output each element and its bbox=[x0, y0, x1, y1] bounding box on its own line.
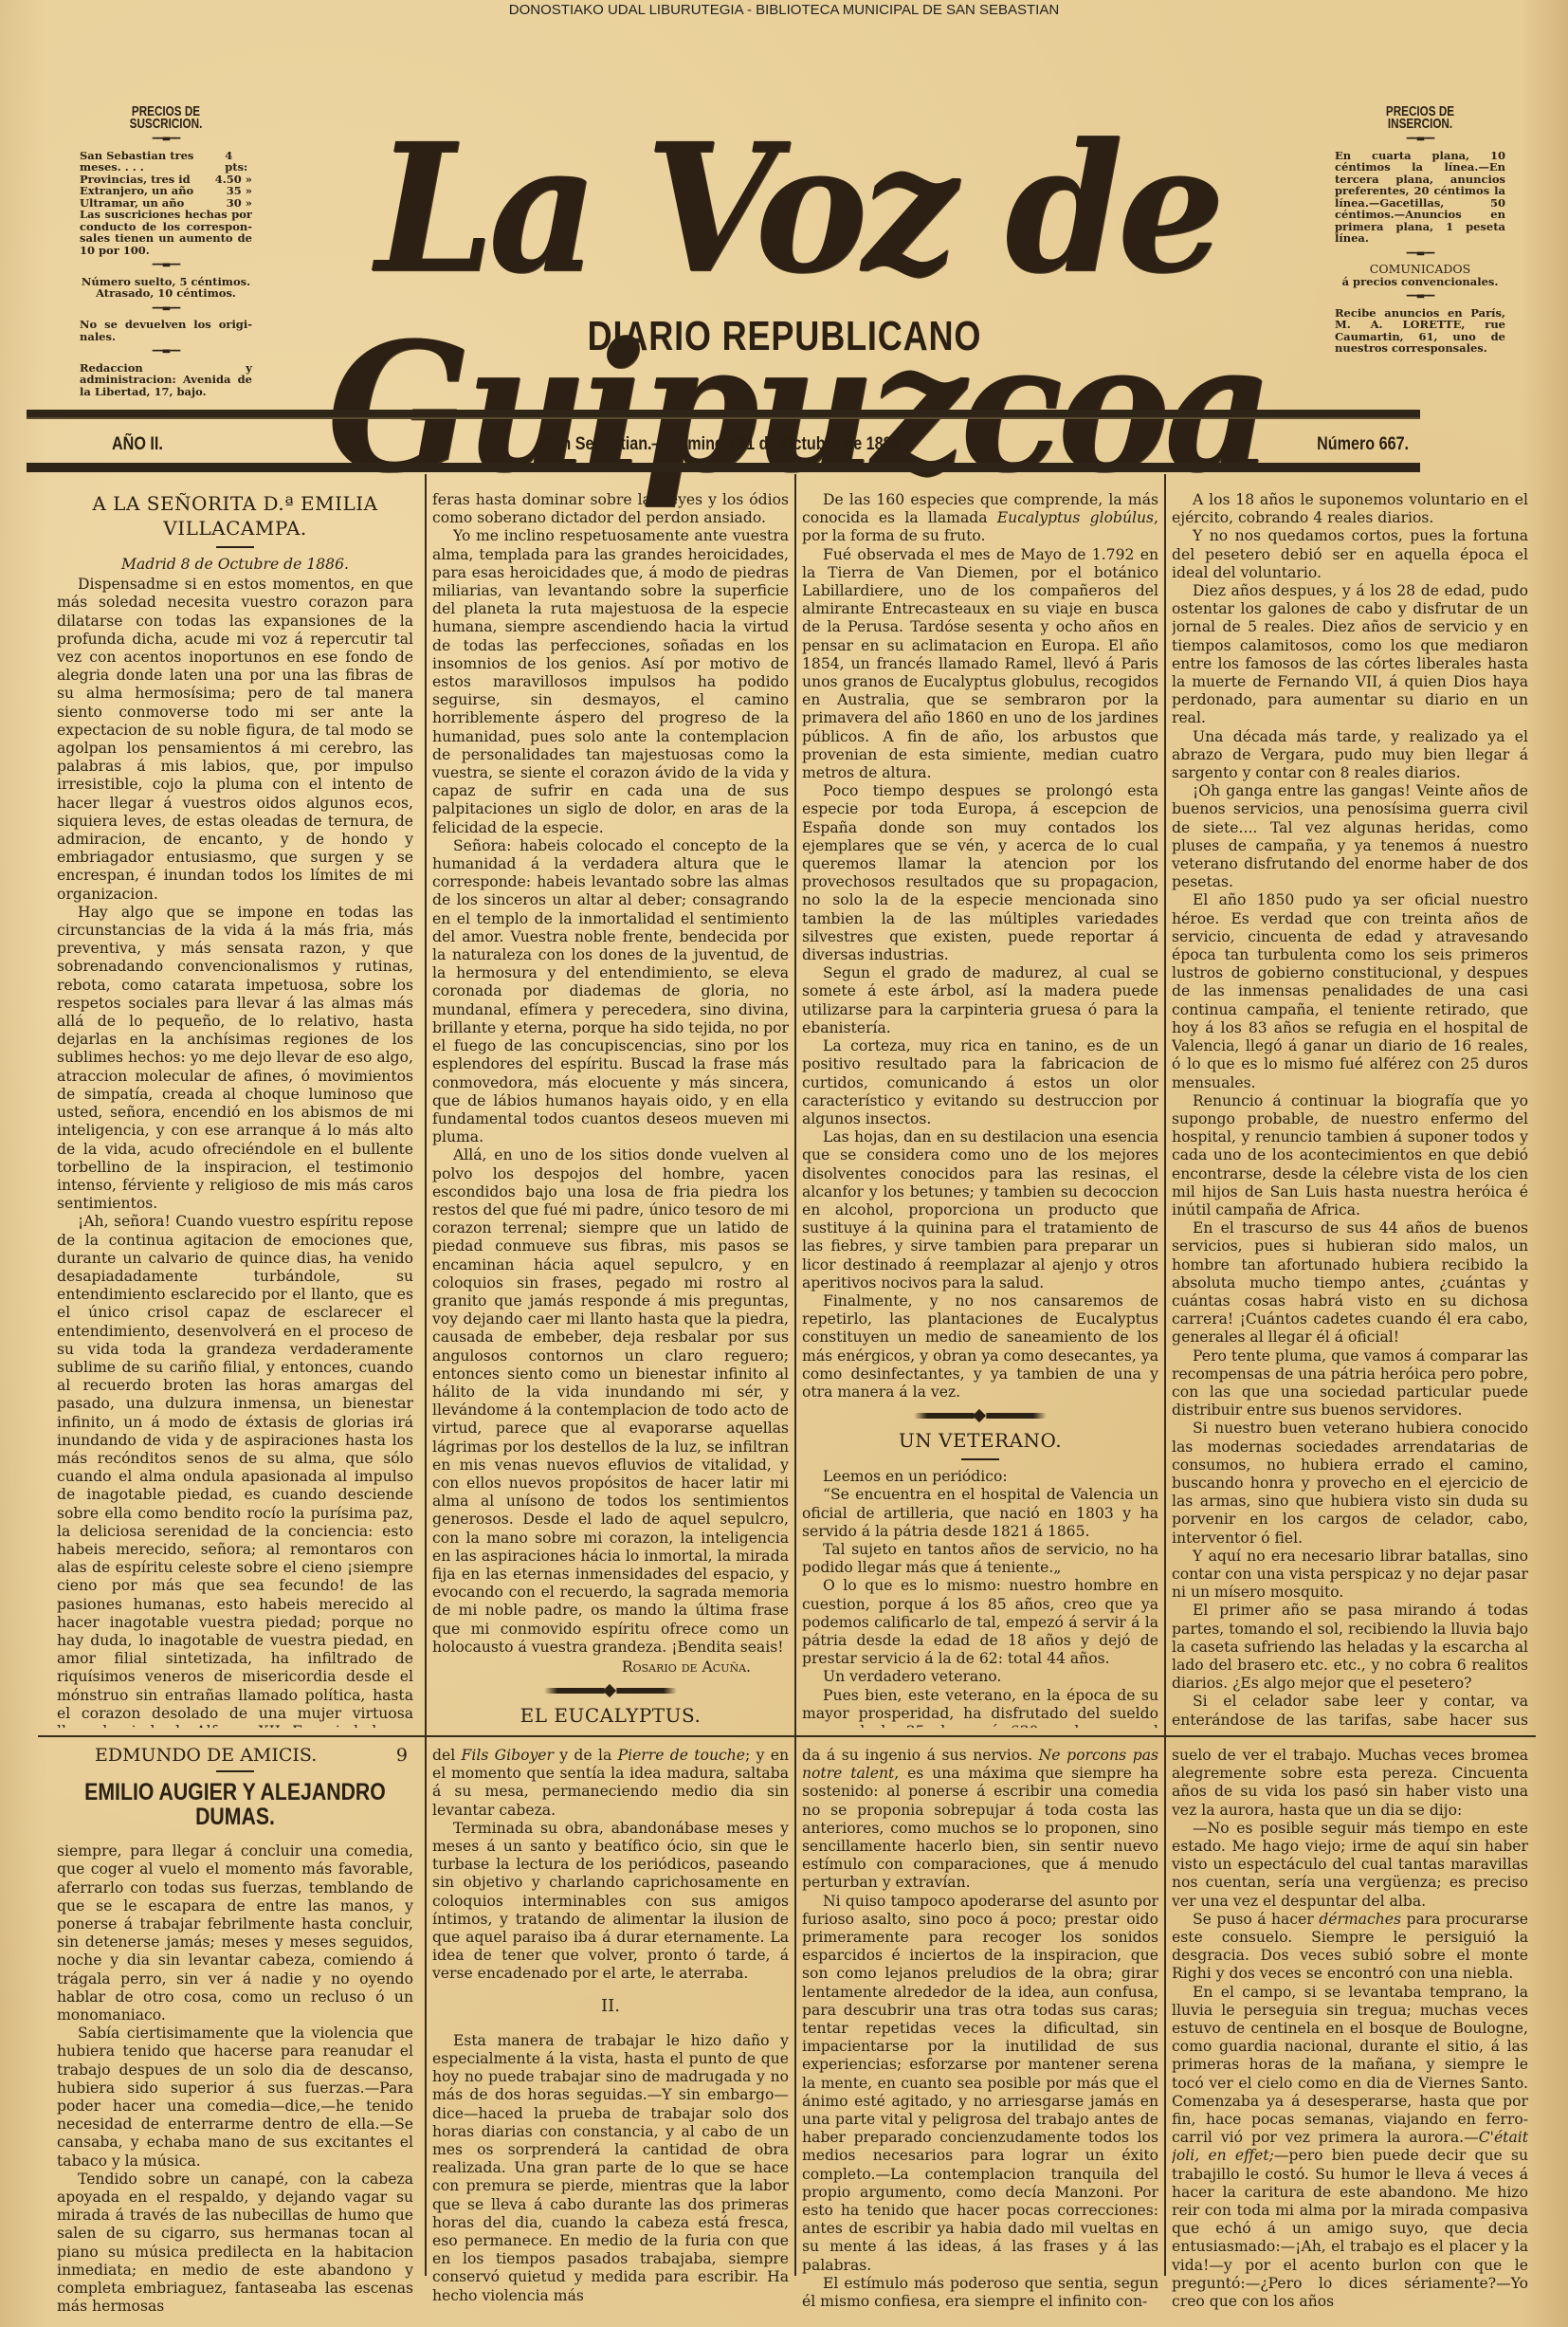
paragraph: De las 160 especies que comprende, la má… bbox=[802, 491, 1158, 546]
column-4: A los 18 años le suponemos voluntario en… bbox=[1172, 491, 1528, 1728]
paragraph: siempre, para llegar á concluir una come… bbox=[57, 1842, 413, 2025]
price-row: Extranjero, un año35 » bbox=[80, 185, 252, 197]
paragraph: —No es posible seguir más tiempo en este… bbox=[1172, 1820, 1528, 1911]
article-title-augier-dumas: EMILIO AUGIER Y ALEJANDRO DUMAS. bbox=[83, 1780, 387, 1829]
paragraph: Yo me inclino respetuosamente ante vuest… bbox=[432, 527, 789, 836]
ornament-divider: ━━▬━━ bbox=[1335, 248, 1505, 261]
paragraph: Las hojas, dan en su destilacion una ese… bbox=[802, 1128, 1158, 1292]
paragraph: El año 1850 pudo ya ser oficial nuestro … bbox=[1172, 891, 1528, 1091]
paragraph: ¡Oh ganga entre las gangas! Veinte años … bbox=[1172, 782, 1528, 891]
paragraph: Pues bien, este veterano, en la época de… bbox=[802, 1687, 1158, 1728]
paragraph: Leemos en un periódico: bbox=[802, 1468, 1158, 1486]
article-title-villacampa: A LA SEÑORITA D.ª EMILIA VILLACAMPA. bbox=[57, 491, 413, 541]
section-number: II. bbox=[432, 1997, 789, 2015]
paragraph: En el trascurso de sus 44 años de buenos… bbox=[1172, 1219, 1528, 1347]
article-signature: Rosario de Acuña. bbox=[432, 1658, 789, 1677]
paragraph: En el campo, si se levantaba temprano, l… bbox=[1172, 1984, 1528, 2312]
newspaper-subtitle: DIARIO REPUBLICANO bbox=[0, 313, 1568, 360]
masthead-rule bbox=[27, 410, 1420, 417]
article-place-date: Madrid 8 de Octubre de 1886. bbox=[57, 556, 413, 574]
ornament-divider: ━━▬━━ bbox=[80, 134, 252, 146]
issue-date: San Sebastian.—Domingo 31 de Octubre de … bbox=[542, 434, 903, 455]
paragraph: Si el celador sabe leer y contar, va ent… bbox=[1172, 1693, 1528, 1728]
paragraph: La corteza, muy rica en tanino, es de un… bbox=[802, 1037, 1158, 1128]
paragraph: Poco tiempo despues se prolongó esta esp… bbox=[802, 782, 1158, 964]
paragraph: del Fils Giboyer y de la Pierre de touch… bbox=[432, 1747, 789, 1820]
ornament-divider: ━━▬━━ bbox=[80, 260, 252, 272]
paragraph: feras hasta dominar sobre las leyes y lo… bbox=[432, 491, 789, 527]
comunicados-text: á precios convencionales. bbox=[1335, 276, 1505, 288]
article-title-veterano: UN VETERANO. bbox=[802, 1428, 1158, 1453]
office-address: Redaccion y administracion: Avenida de l… bbox=[80, 362, 252, 398]
paragraph: A los 18 años le suponemos voluntario en… bbox=[1172, 491, 1528, 527]
feuilleton-column-3: da á su ingenio á sus nervios. Ne porcon… bbox=[802, 1747, 1158, 2311]
article-title-eucalyptus: EL EUCALYPTUS. bbox=[432, 1703, 789, 1728]
paragraph: Y no nos quedamos cortos, pues la fortun… bbox=[1172, 527, 1528, 582]
ornament-divider: ━━▬━━ bbox=[1335, 291, 1505, 303]
paragraph: Tendido sobre un canapé, con la cabeza a… bbox=[57, 2171, 413, 2314]
ornament-divider bbox=[544, 1688, 677, 1694]
title-rule bbox=[216, 546, 254, 548]
feuilleton-column-4: suelo de ver el trabajo. Muchas veces br… bbox=[1172, 1747, 1528, 2311]
paragraph: Ni quiso tampoco apoderarse del asunto p… bbox=[802, 1893, 1158, 2275]
ornament-divider: ━━▬━━ bbox=[1335, 134, 1505, 146]
paragraph: Y aquí no era necesario librar batallas,… bbox=[1172, 1548, 1528, 1603]
title-rule bbox=[216, 1770, 254, 1772]
paragraph: ¡Ah, señora! Cuando vuestro espíritu rep… bbox=[57, 1213, 413, 1728]
library-stamp: DONOSTIAKO UDAL LIBURUTEGIA - BIBLIOTECA… bbox=[0, 2, 1568, 18]
author-name: EDMUNDO DE AMICIS. bbox=[95, 1747, 317, 1765]
subscription-heading: PRECIOS DE SUSCRICION. bbox=[99, 106, 233, 130]
insertion-rates: En cuarta plana, 10 céntimos la línea.—E… bbox=[1335, 150, 1505, 245]
paragraph: Un verdadero veterano. bbox=[802, 1668, 1158, 1686]
feuilleton-rule bbox=[38, 1735, 1536, 1737]
paragraph: Dispensadme si en estos momentos, en que… bbox=[57, 576, 413, 904]
back-issue-price: Atrasado, 10 céntimos. bbox=[80, 287, 252, 300]
paragraph: Señora: habeis colocado el concepto de l… bbox=[432, 837, 789, 1146]
paragraph: “Se encuentra en el hospital de Valencia… bbox=[802, 1486, 1158, 1541]
paragraph: Sabía ciertisimamente que la violencia q… bbox=[57, 2025, 413, 2171]
subscription-note: Las suscriciones hechas por conducto de … bbox=[80, 209, 252, 256]
feuilleton-header: EDMUNDO DE AMICIS.9 bbox=[57, 1747, 413, 1765]
column-1: A LA SEÑORITA D.ª EMILIA VILLACAMPA. Mad… bbox=[57, 491, 413, 1728]
feuilleton-column-1: EDMUNDO DE AMICIS.9 EMILIO AUGIER Y ALEJ… bbox=[57, 1747, 413, 2314]
ornament-divider bbox=[914, 1413, 1047, 1419]
title-rule bbox=[961, 1458, 999, 1460]
dateline-rule bbox=[27, 463, 1420, 472]
paragraph: Fué observada el mes de Mayo de 1.792 en… bbox=[802, 546, 1158, 783]
paragraph: Allá, en uno de los sitios donde vuelven… bbox=[432, 1146, 789, 1657]
paragraph: Hay algo que se impone en todas las circ… bbox=[57, 904, 413, 1213]
newspaper-title: La Voz de Guipuzcoa bbox=[281, 109, 1314, 308]
paragraph: Segun el grado de madurez, al cual se so… bbox=[802, 964, 1158, 1037]
paragraph: Terminada su obra, abandonábase meses y … bbox=[432, 1820, 789, 1984]
paragraph: Finalmente, y no nos cansaremos de repet… bbox=[802, 1292, 1158, 1402]
insertion-heading: PRECIOS DE INSERCION. bbox=[1354, 106, 1486, 130]
dateline: AÑO II. San Sebastian.—Domingo 31 de Oct… bbox=[27, 434, 1420, 459]
paragraph: El estímulo más poderoso que sentia, seg… bbox=[802, 2275, 1158, 2311]
column-divider bbox=[794, 474, 796, 2276]
masthead-rule-thin bbox=[27, 417, 1420, 419]
paragraph: O lo que es lo mismo: nuestro hombre en … bbox=[802, 1577, 1158, 1668]
column-divider bbox=[1164, 474, 1166, 2276]
feuilleton-column-2: del Fils Giboyer y de la Pierre de touch… bbox=[432, 1747, 789, 2305]
paragraph: Una década más tarde, y realizado ya el … bbox=[1172, 728, 1528, 783]
paragraph: Se puso á hacer dérmaches para procurars… bbox=[1172, 1911, 1528, 1984]
paragraph: El primer año se pasa mirando á todas pa… bbox=[1172, 1602, 1528, 1693]
paragraph: Esta manera de trabajar le hizo daño y e… bbox=[432, 2032, 789, 2305]
comunicados-title: COMUNICADOS bbox=[1335, 264, 1505, 276]
paragraph: Diez años despues, y á los 28 de edad, p… bbox=[1172, 582, 1528, 728]
issue-number: Número 667. bbox=[1317, 434, 1409, 455]
column-2: feras hasta dominar sobre las leyes y lo… bbox=[432, 491, 789, 1728]
paragraph: Tal sujeto en tantos años de servicio, n… bbox=[802, 1541, 1158, 1577]
column-divider bbox=[425, 474, 427, 2276]
paragraph: Renuncio á continuar la biografía que yo… bbox=[1172, 1092, 1528, 1219]
paragraph: da á su ingenio á sus nervios. Ne porcon… bbox=[802, 1747, 1158, 1893]
paragraph: Pero tente pluma, que vamos á comparar l… bbox=[1172, 1347, 1528, 1420]
installment-number: 9 bbox=[396, 1747, 408, 1765]
price-row: San Sebastian tres meses. . . .4 pts: bbox=[80, 150, 252, 174]
column-3: De las 160 especies que comprende, la má… bbox=[802, 491, 1158, 1728]
paragraph: Si nuestro buen veterano hubiera conocid… bbox=[1172, 1420, 1528, 1547]
paragraph: suelo de ver el trabajo. Muchas veces br… bbox=[1172, 1747, 1528, 1820]
